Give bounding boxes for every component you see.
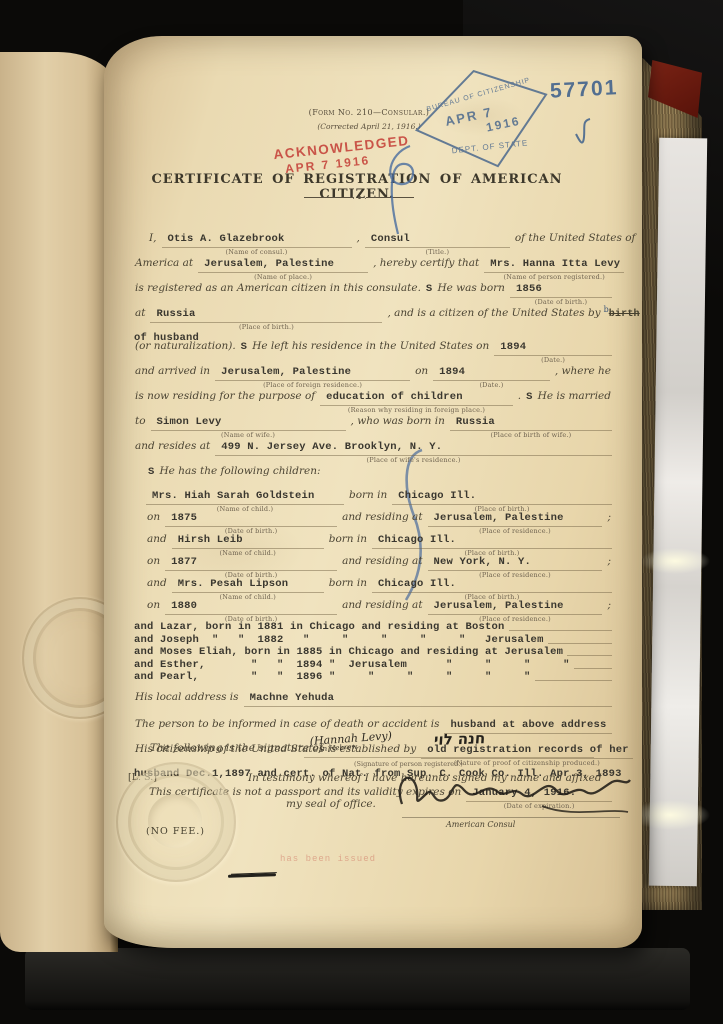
typed-entry: Consul bbox=[371, 233, 410, 246]
typed-entry: Machne Yehuda bbox=[250, 692, 335, 705]
typed-text: and Moses Eliah, born in 1885 in Chicago… bbox=[134, 646, 563, 658]
consul-signature-caption: American Consul bbox=[446, 820, 515, 829]
form-blank: Machne Yehuda bbox=[244, 692, 612, 707]
typed-text: S bbox=[526, 391, 533, 404]
typed-entry: Chicago Ill. bbox=[378, 534, 456, 547]
printed-text: on bbox=[147, 511, 160, 524]
printed-text: The person to be informed in case of dea… bbox=[135, 718, 439, 731]
typed-text: S bbox=[241, 341, 248, 354]
form-line-12: Mrs. Hiah Sarah Goldstein(Name of child.… bbox=[132, 489, 614, 505]
form-line-20: and Moses Eliah, born in 1885 in Chicago… bbox=[132, 646, 614, 658]
form-line-15: on1877(Date of birth.)and residing atNew… bbox=[132, 555, 614, 571]
printed-text: ; bbox=[607, 511, 611, 524]
form-blank bbox=[548, 642, 612, 644]
facing-page-edge bbox=[0, 52, 118, 952]
light-glint bbox=[630, 800, 710, 830]
printed-text: He is married bbox=[538, 390, 611, 403]
signature-of-label: The following is the signature of bbox=[150, 742, 323, 754]
typed-text: S bbox=[148, 466, 155, 479]
typed-text: and Joseph " " 1882 " " " " " Jerusalem bbox=[134, 634, 544, 646]
book-photograph: (Form No. 210—Consular.) (Corrected Apri… bbox=[0, 0, 723, 1024]
form-line-4: atRussia(Place of birth.), and is a citi… bbox=[132, 307, 614, 323]
typed-entry: Mrs. Hiah Sarah Goldstein bbox=[152, 490, 315, 503]
printed-text: ; bbox=[607, 599, 611, 612]
form-blank: Chicago Ill.(Place of birth.) bbox=[392, 490, 612, 505]
form-line-1: I,Otis A. Glazebrook(Name of consul.), C… bbox=[132, 232, 614, 248]
printed-text: and residing at bbox=[342, 599, 422, 612]
printed-text: , where he bbox=[555, 365, 611, 378]
typed-entry: 1877 bbox=[171, 556, 197, 569]
faint-red-stamp-text: has been issued bbox=[280, 854, 376, 864]
printed-text: and bbox=[147, 533, 167, 546]
form-blank: Chicago Ill.(Place of birth.) bbox=[372, 578, 612, 593]
hebrew-signature: חנה לוי bbox=[433, 729, 486, 749]
typed-entry: Russia bbox=[156, 308, 195, 321]
form-blank: Jerusalem, Palestine(Place of residence.… bbox=[428, 600, 603, 615]
printed-text: of the United States of bbox=[515, 232, 636, 245]
form-line-3: is registered as an American citizen in … bbox=[132, 282, 614, 298]
signature-rule bbox=[304, 757, 594, 758]
typed-entry: Otis A. Glazebrook bbox=[168, 233, 285, 246]
typed-entry: Mrs. Hanna Itta Levy bbox=[490, 258, 620, 271]
printed-text: His local address is bbox=[135, 691, 239, 704]
form-blank bbox=[509, 629, 612, 631]
certificate-page: (Form No. 210—Consular.) (Corrected Apri… bbox=[104, 36, 642, 948]
typed-entry: Jerusalem, Palestine bbox=[204, 258, 334, 271]
form-blank: Otis A. Glazebrook(Name of consul.) bbox=[162, 233, 352, 248]
printed-text: born in bbox=[329, 577, 367, 590]
form-blank bbox=[574, 667, 612, 669]
printed-text: is now residing for the purpose of bbox=[135, 390, 315, 403]
printed-text: America at bbox=[135, 257, 193, 270]
typed-entry: Russia bbox=[456, 416, 495, 429]
form-line-16: andMrs. Pesah Lipson(Name of child.)born… bbox=[132, 577, 614, 593]
typed-entry: 1880 bbox=[171, 600, 197, 613]
form-line-22: and Pearl, " " 1896 " " " " " " bbox=[132, 671, 614, 683]
form-line-17: on1880(Date of birth.)and residing atJer… bbox=[132, 599, 614, 615]
form-blank: Chicago Ill.(Place of birth.) bbox=[372, 534, 612, 549]
form-blank: New York, N. Y.(Place of residence.) bbox=[428, 556, 603, 571]
blue-checkmark bbox=[572, 116, 594, 150]
form-blank: Jerusalem, Palestine(Place of residence.… bbox=[428, 512, 603, 527]
form-blank: Simon Levy(Name of wife.) bbox=[151, 416, 346, 431]
typed-entry: 1856 bbox=[516, 283, 542, 296]
form-line-23: His local address isMachne Yehuda bbox=[132, 691, 614, 707]
typed-entry: Chicago Ill. bbox=[378, 578, 456, 591]
form-blank: 1877(Date of birth.) bbox=[165, 556, 337, 571]
svg-text:DEPT. OF STATE: DEPT. OF STATE bbox=[451, 138, 528, 155]
form-line-10: and resides at499 N. Jersey Ave. Brookly… bbox=[132, 440, 614, 456]
printed-text: on bbox=[147, 599, 160, 612]
printed-text: He left his residence in the United Stat… bbox=[252, 340, 489, 353]
form-blank bbox=[567, 654, 612, 656]
form-line-8: is now residing for the purpose ofeducat… bbox=[132, 390, 614, 406]
blue-ink-flourish bbox=[376, 140, 424, 240]
form-line-14: andHirsh Leib(Name of child.)born inChic… bbox=[132, 533, 614, 549]
form-blank: Jerusalem, Palestine(Place of foreign re… bbox=[215, 366, 410, 381]
form-blank: 1880(Date of birth.) bbox=[165, 600, 337, 615]
typed-text: birth bbox=[609, 308, 640, 321]
form-line-13: on1875(Date of birth.)and residing atJer… bbox=[132, 511, 614, 527]
typed-text: b bbox=[604, 303, 609, 316]
printed-text: He has the following children: bbox=[160, 465, 321, 478]
printed-text: and bbox=[147, 577, 167, 590]
printed-text: on bbox=[415, 365, 428, 378]
printed-text: and residing at bbox=[342, 511, 422, 524]
typed-entry: Jerusalem, Palestine bbox=[434, 512, 564, 525]
form-blank bbox=[535, 679, 612, 681]
typed-text: and Pearl, " " 1896 " " " " " " bbox=[134, 671, 531, 683]
typed-entry: Mrs. Pesah Lipson bbox=[178, 578, 289, 591]
printed-text: at bbox=[135, 307, 145, 320]
printed-text: (or naturalization). bbox=[135, 340, 236, 353]
printed-text: and residing at bbox=[342, 555, 422, 568]
printed-text: born in bbox=[329, 533, 367, 546]
printed-text: . bbox=[518, 390, 521, 403]
printed-text: He was born bbox=[437, 282, 505, 295]
typed-entry: Jerusalem, Palestine bbox=[221, 366, 351, 379]
consul-signature-rule bbox=[402, 817, 620, 818]
form-blank: Mrs. Hanna Itta Levy(Name of person regi… bbox=[484, 258, 624, 273]
printed-text: and resides at bbox=[135, 440, 210, 453]
form-blank: Mrs. Hiah Sarah Goldstein(Name of child.… bbox=[146, 490, 344, 505]
typed-entry: 499 N. Jersey Ave. Brooklyn, N. Y. bbox=[221, 441, 442, 454]
no-fee-note: (NO FEE.) bbox=[146, 826, 205, 837]
typed-entry: Jerusalem, Palestine bbox=[434, 600, 564, 613]
black-ink-scribble bbox=[228, 873, 276, 878]
typed-text: and Lazar, born in 1881 in Chicago and r… bbox=[134, 621, 505, 633]
form-line-2: America atJerusalem, Palestine(Name of p… bbox=[132, 257, 614, 273]
printed-text: , and is a citizen of the United States … bbox=[387, 307, 600, 320]
form-line-7: and arrived inJerusalem, Palestine(Place… bbox=[132, 365, 614, 381]
typed-entry: Hirsh Leib bbox=[178, 534, 243, 547]
form-blank: Russia(Place of birth of wife.) bbox=[450, 416, 612, 431]
printed-text: to bbox=[135, 415, 146, 428]
printed-text: I, bbox=[149, 232, 157, 245]
form-blank: 499 N. Jersey Ave. Brooklyn, N. Y.(Place… bbox=[215, 441, 612, 456]
embossed-consular-seal bbox=[116, 762, 236, 882]
light-glint bbox=[640, 548, 710, 574]
form-line-9: toSimon Levy(Name of wife.), who was bor… bbox=[132, 415, 614, 431]
form-blank: education of children(Reason why residin… bbox=[320, 391, 513, 406]
form-line-19: and Joseph " " 1882 " " " " " Jerusalem bbox=[132, 634, 614, 646]
table-surface bbox=[25, 948, 690, 1010]
form-line-6: (or naturalization).SHe left his residen… bbox=[132, 340, 614, 356]
printed-text: , who was born in bbox=[351, 415, 445, 428]
typed-entry: 1894 bbox=[500, 341, 526, 354]
printed-text: , hereby certify that bbox=[373, 257, 479, 270]
printed-text: is registered as an American citizen in … bbox=[135, 282, 421, 295]
typed-entry: Simon Levy bbox=[157, 416, 222, 429]
printed-text: on bbox=[147, 555, 160, 568]
typed-entry: Chicago Ill. bbox=[398, 490, 476, 503]
testimony-line-2: my seal of office. bbox=[286, 798, 376, 810]
printed-text: ; bbox=[607, 555, 611, 568]
printed-text: and arrived in bbox=[135, 365, 210, 378]
form-line-11: SHe has the following children: bbox=[132, 465, 614, 479]
form-blank: 1894(Date.) bbox=[433, 366, 550, 381]
typed-entry: 1894 bbox=[439, 366, 465, 379]
form-blank: Jerusalem, Palestine(Name of place.) bbox=[198, 258, 368, 273]
typed-text: and Esther, " " 1894 " Jerusalem " " " " bbox=[134, 659, 570, 671]
printed-text: , bbox=[357, 232, 360, 245]
typed-entry: New York, N. Y. bbox=[434, 556, 532, 569]
form-blank: 1856(Date of birth.) bbox=[510, 283, 612, 298]
form-line-21: and Esther, " " 1894 " Jerusalem " " " " bbox=[132, 659, 614, 671]
consul-signature bbox=[392, 760, 637, 822]
printed-text: born in bbox=[349, 489, 387, 502]
form-blank: Russia(Place of birth.) bbox=[150, 308, 382, 323]
form-blank: 1875(Date of birth.) bbox=[165, 512, 337, 527]
form-blank: 1894(Date.) bbox=[494, 341, 612, 356]
typed-entry: education of children bbox=[326, 391, 463, 404]
typed-text: S bbox=[426, 283, 433, 296]
form-lines: I,Otis A. Glazebrook(Name of consul.), C… bbox=[132, 232, 614, 811]
form-blank: Mrs. Pesah Lipson(Name of child.) bbox=[172, 578, 324, 593]
form-line-18: and Lazar, born in 1881 in Chicago and r… bbox=[132, 621, 614, 633]
typed-entry: 1875 bbox=[171, 512, 197, 525]
form-blank: Consul(Title.) bbox=[365, 233, 510, 248]
form-blank: Hirsh Leib(Name of child.) bbox=[172, 534, 324, 549]
